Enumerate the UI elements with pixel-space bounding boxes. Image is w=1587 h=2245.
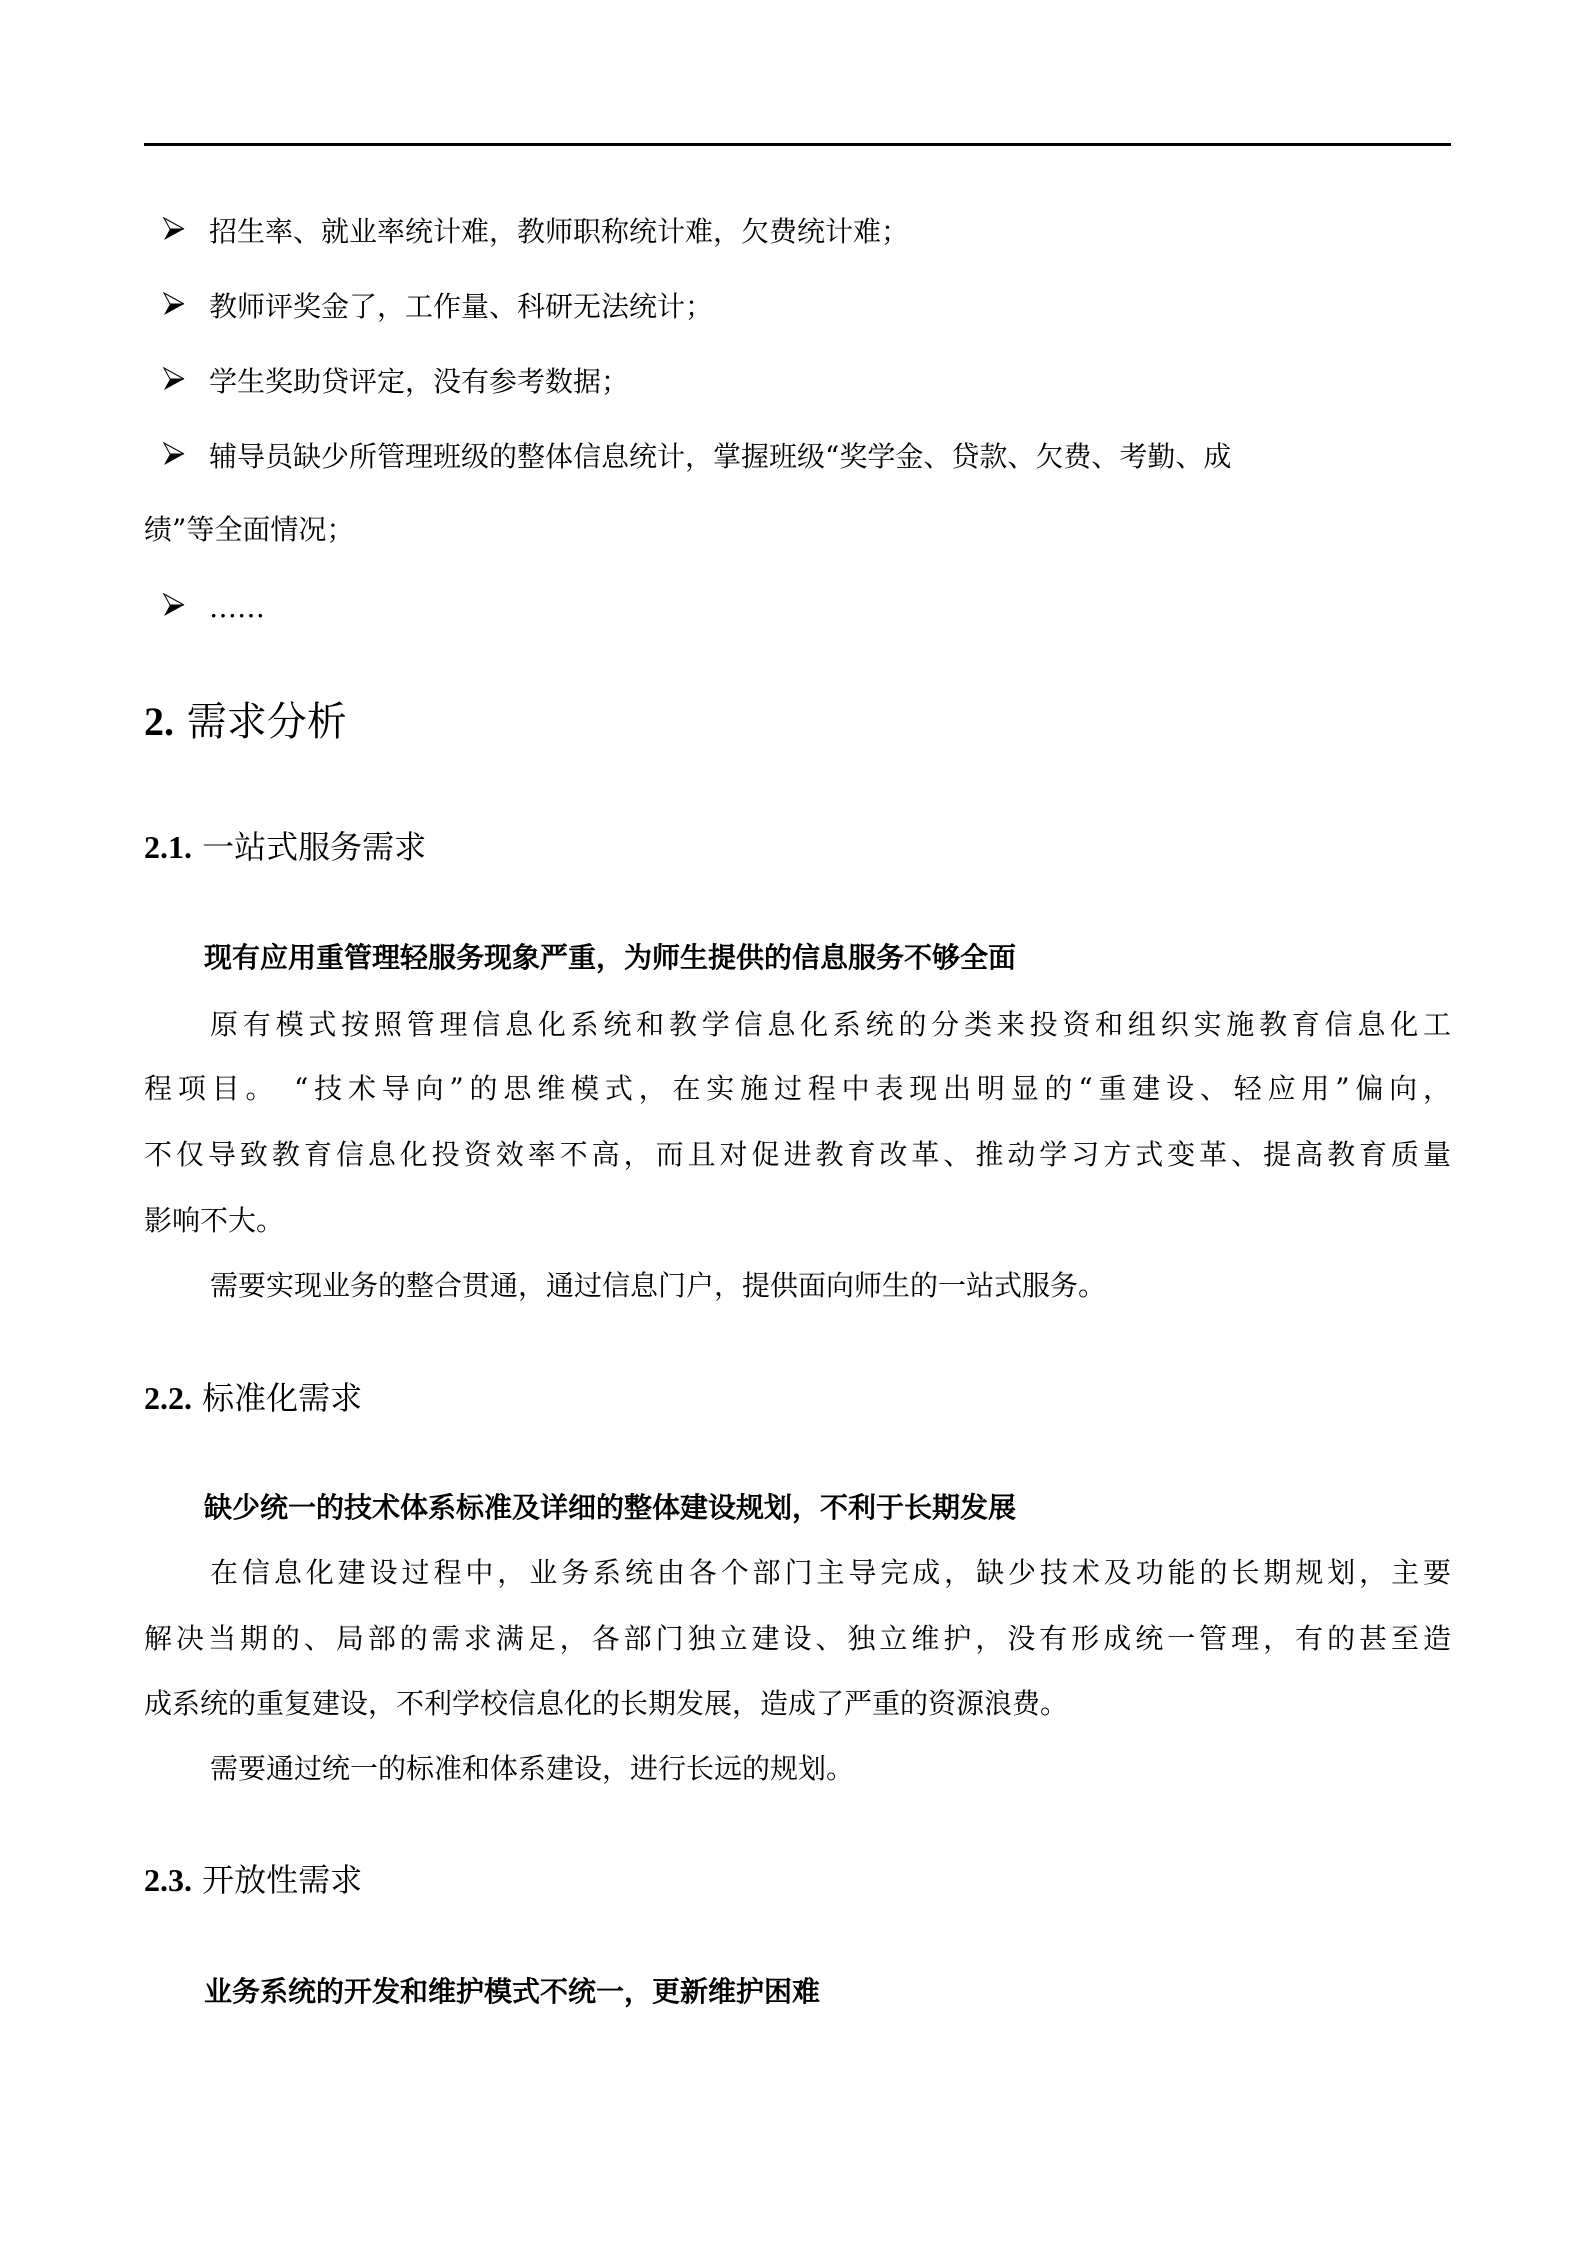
subsection-lead: 现有应用重管理轻服务现象严重，为师生提供的信息服务不够全面: [204, 940, 1016, 976]
section-title: 需求分析: [187, 699, 347, 745]
subsection-lead: 业务系统的开发和维护模式不统一，更新维护困难: [204, 1974, 820, 2010]
bullet-item: ……: [163, 588, 265, 626]
bullet-text: 招生率、就业率统计难，教师职称统计难，欠费统计难；: [209, 214, 909, 250]
subsection-number: 2.3.: [144, 1862, 192, 1898]
subsection-number: 2.1.: [144, 829, 192, 865]
subsection-heading: 2.1. 一站式服务需求: [144, 827, 426, 867]
arrowhead-bullet-icon: [163, 291, 185, 317]
paragraph-line: 原有模式按照管理信息化系统和教学信息化系统的分类来投资和组织实施教育信息化工: [210, 1007, 1451, 1043]
section-heading: 2. 需求分析: [144, 698, 347, 746]
paragraph-line: 需要实现业务的整合贯通，通过信息门户，提供面向师生的一站式服务。: [210, 1268, 1106, 1304]
bullet-text: 辅导员缺少所管理班级的整体信息统计，掌握班级“奖学金、贷款、欠费、考勤、成: [209, 439, 1231, 475]
arrowhead-bullet-icon: [163, 366, 185, 392]
paragraph-line: 在信息化建设过程中，业务系统由各个部门主导完成，缺少技术及功能的长期规划，主要: [210, 1555, 1451, 1591]
arrowhead-bullet-icon: [163, 216, 185, 242]
subsection-lead: 缺少统一的技术体系标准及详细的整体建设规划，不利于长期发展: [204, 1490, 1016, 1526]
bullet-item: 辅导员缺少所管理班级的整体信息统计，掌握班级“奖学金、贷款、欠费、考勤、成: [163, 437, 1231, 475]
paragraph-line: 影响不大。: [144, 1203, 284, 1239]
arrowhead-bullet-icon: [163, 441, 185, 467]
subsection-heading: 2.2. 标准化需求: [144, 1378, 362, 1418]
bullet-text: ……: [209, 590, 265, 626]
subsection-title: 标准化需求: [202, 1379, 362, 1417]
paragraph-line: 程项目。 “技术导向”的思维模式，在实施过程中表现出明显的“重建设、轻应用”偏向…: [144, 1071, 1451, 1107]
bullet-item: 学生奖助贷评定，没有参考数据；: [163, 362, 629, 400]
header-rule: [144, 143, 1451, 146]
bullet-item: 教师评奖金了，工作量、科研无法统计；: [163, 287, 713, 325]
subsection-title: 一站式服务需求: [202, 828, 426, 866]
paragraph-line: 需要通过统一的标准和体系建设，进行长远的规划。: [210, 1751, 854, 1787]
subsection-number: 2.2.: [144, 1380, 192, 1416]
paragraph-line: 成系统的重复建设，不利学校信息化的长期发展，造成了严重的资源浪费。: [144, 1686, 1068, 1722]
arrowhead-bullet-icon: [163, 592, 185, 618]
bullet-continuation: 绩”等全面情况；: [144, 512, 354, 548]
subsection-heading: 2.3. 开放性需求: [144, 1860, 362, 1900]
bullet-item: 招生率、就业率统计难，教师职称统计难，欠费统计难；: [163, 212, 909, 250]
paragraph-line: 解决当期的、局部的需求满足，各部门独立建设、独立维护，没有形成统一管理，有的甚至…: [144, 1621, 1451, 1657]
bullet-text: 学生奖助贷评定，没有参考数据；: [209, 364, 629, 400]
section-number: 2.: [144, 699, 174, 744]
bullet-text: 教师评奖金了，工作量、科研无法统计；: [209, 289, 713, 325]
paragraph-line: 不仅导致教育信息化投资效率不高，而且对促进教育改革、推动学习方式变革、提高教育质…: [144, 1137, 1451, 1173]
subsection-title: 开放性需求: [202, 1861, 362, 1899]
